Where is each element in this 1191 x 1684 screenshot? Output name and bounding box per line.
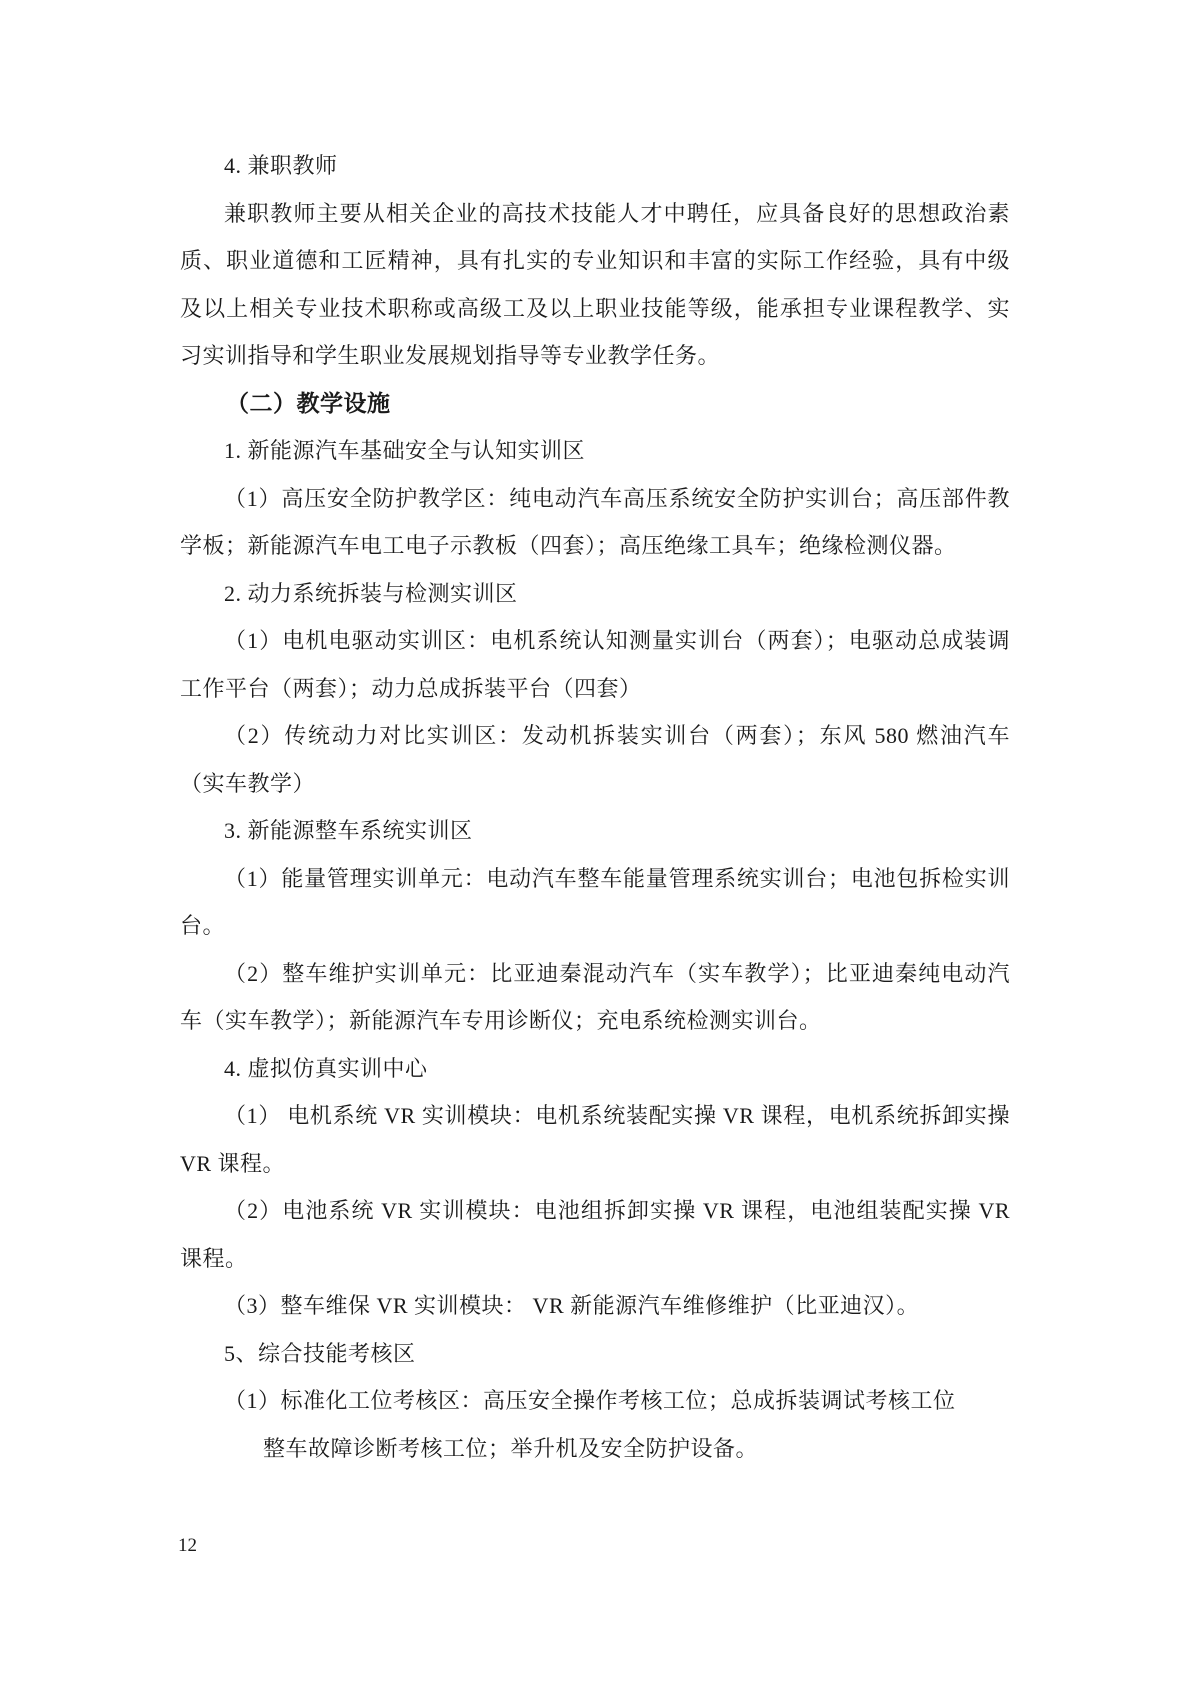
document-page: 4. 兼职教师 兼职教师主要从相关企业的高技术技能人才中聘任，应具备良好的思想政… [0, 0, 1191, 1684]
facility-5-title: 5、综合技能考核区 [180, 1330, 1010, 1378]
facility-4-item-2: （2）电池系统 VR 实训模块：电池组拆卸实操 VR 课程，电池组装配实操 VR… [180, 1187, 1010, 1282]
facility-5-item-1-line-1: （1）标准化工位考核区：高压安全操作考核工位；总成拆装调试考核工位 [180, 1377, 1010, 1425]
facility-3-title: 3. 新能源整车系统实训区 [180, 807, 1010, 855]
facility-5-item-1-line-2: 整车故障诊断考核工位；举升机及安全防护设备。 [180, 1425, 1010, 1473]
section-2-heading: （二）教学设施 [180, 380, 1010, 428]
facility-2-item-2: （2）传统动力对比实训区：发动机拆装实训台（两套）；东风 580 燃油汽车（实车… [180, 712, 1010, 807]
facility-1-title: 1. 新能源汽车基础安全与认知实训区 [180, 427, 1010, 475]
item-4-title: 4. 兼职教师 [180, 142, 1010, 190]
page-number: 12 [178, 1532, 197, 1560]
facility-4-item-1: （1） 电机系统 VR 实训模块：电机系统装配实操 VR 课程，电机系统拆卸实操… [180, 1092, 1010, 1187]
facility-4-item-3: （3）整车维保 VR 实训模块： VR 新能源汽车维修维护（比亚迪汉）。 [180, 1282, 1010, 1330]
item-4-body: 兼职教师主要从相关企业的高技术技能人才中聘任，应具备良好的思想政治素质、职业道德… [180, 190, 1010, 380]
facility-3-item-1: （1）能量管理实训单元：电动汽车整车能量管理系统实训台；电池包拆检实训台。 [180, 855, 1010, 950]
facility-4-title: 4. 虚拟仿真实训中心 [180, 1045, 1010, 1093]
facility-1-item-1: （1）高压安全防护教学区：纯电动汽车高压系统安全防护实训台；高压部件教学板；新能… [180, 475, 1010, 570]
facility-2-item-1: （1）电机电驱动实训区：电机系统认知测量实训台（两套）；电驱动总成装调工作平台（… [180, 617, 1010, 712]
facility-3-item-2: （2）整车维护实训单元：比亚迪秦混动汽车（实车教学）；比亚迪秦纯电动汽车（实车教… [180, 950, 1010, 1045]
facility-2-title: 2. 动力系统拆装与检测实训区 [180, 570, 1010, 618]
page-content: 4. 兼职教师 兼职教师主要从相关企业的高技术技能人才中聘任，应具备良好的思想政… [180, 142, 1010, 1472]
